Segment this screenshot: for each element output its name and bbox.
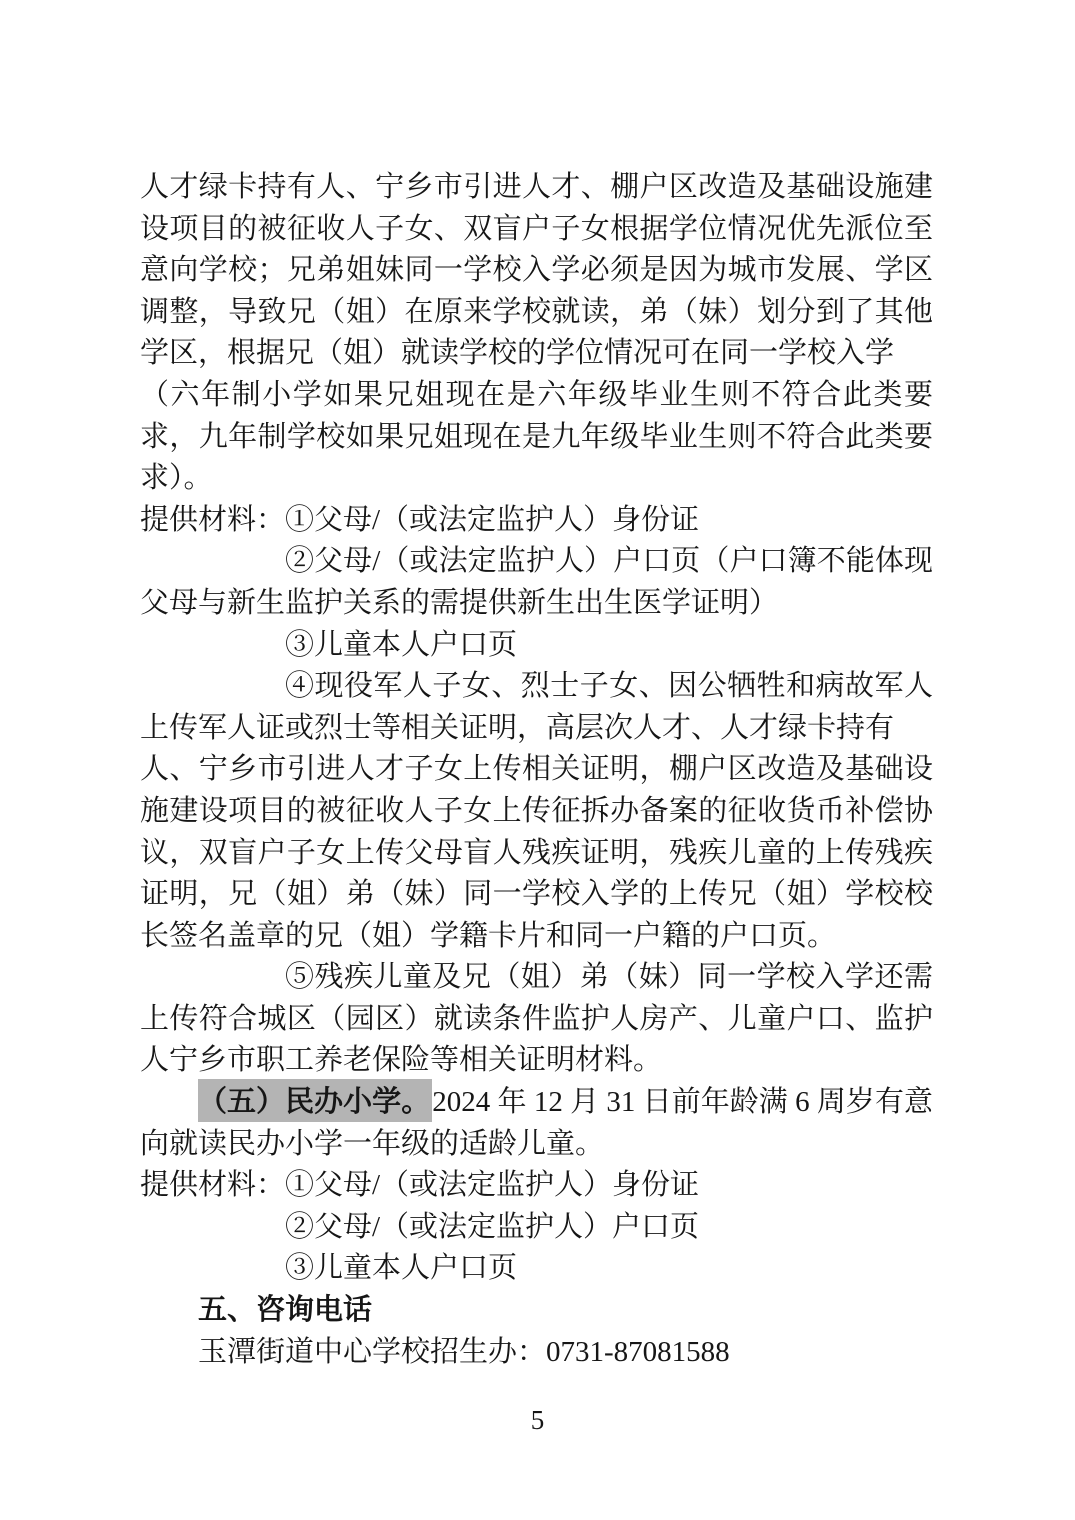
text-line: 证明，兄（姐）弟（妹）同一学校入学的上传兄（姐）学校校 [140,874,933,916]
materials-heading-line: 提供材料：①父母/（或法定监护人）身份证 [140,1165,933,1207]
text-line: 求）。 [140,458,933,500]
text-line: 人才绿卡持有人、宁乡市引进人才、棚户区改造及基础设施建 [140,167,933,209]
text-line: 调整，导致兄（姐）在原来学校就读，弟（妹）划分到了其他 [140,292,933,334]
materials-item-line: ②父母/（或法定监护人）户口页（户口簿不能体现 [140,541,933,583]
materials-item-line: ④现役军人子女、烈士子女、因公牺牲和病故军人 [140,666,933,708]
section-5-private-primary-line: （五）民办小学。2024 年 12 月 31 日前年龄满 6 周岁有意 [140,1082,933,1124]
text-line: 长签名盖章的兄（姐）学籍卡片和同一户籍的户口页。 [140,916,933,958]
text-line: 上传符合城区（园区）就读条件监护人房产、儿童户口、监护 [140,999,933,1041]
text-line: 父母与新生监护关系的需提供新生出生医学证明） [140,583,933,625]
document-body: 人才绿卡持有人、宁乡市引进人才、棚户区改造及基础设施建 设项目的被征收人子女、双… [140,167,933,1373]
text-line: （六年制小学如果兄姐现在是六年级毕业生则不符合此类要 [140,375,933,417]
section-heading-consult-phone: 五、咨询电话 [140,1290,933,1332]
section-5-heading-rest: 2024 年 12 月 31 日前年龄满 6 周岁有意 [432,1086,933,1118]
text-line: 人、宁乡市引进人才子女上传相关证明，棚户区改造及基础设 [140,749,933,791]
text-line: 学区，根据兄（姐）就读学校的学位情况可在同一学校入学 [140,333,933,375]
materials-heading-line: 提供材料：①父母/（或法定监护人）身份证 [140,500,933,542]
text-line: 人宁乡市职工养老保险等相关证明材料。 [140,1040,933,1082]
materials-item-line: ⑤残疾儿童及兄（姐）弟（妹）同一学校入学还需 [140,957,933,999]
text-line: 议，双盲户子女上传父母盲人残疾证明，残疾儿童的上传残疾 [140,833,933,875]
phone-number-line: 玉潭街道中心学校招生办：0731-87081588 [140,1332,933,1374]
materials-item-line: ②父母/（或法定监护人）户口页 [140,1207,933,1249]
text-line: 意向学校；兄弟姐妹同一学校入学必须是因为城市发展、学区 [140,250,933,292]
materials-item-line: ③儿童本人户口页 [140,1248,933,1290]
section-5-highlighted-heading: （五）民办小学。 [198,1079,432,1122]
document-page: 人才绿卡持有人、宁乡市引进人才、棚户区改造及基础设施建 设项目的被征收人子女、双… [0,0,1075,1520]
text-line: 施建设项目的被征收人子女上传征拆办备案的征收货币补偿协 [140,791,933,833]
page-number: 5 [0,1404,1075,1436]
text-line: 上传军人证或烈士等相关证明，高层次人才、人才绿卡持有 [140,708,933,750]
materials-item-line: ③儿童本人户口页 [140,625,933,667]
text-line: 设项目的被征收人子女、双盲户子女根据学位情况优先派位至 [140,209,933,251]
text-line: 向就读民办小学一年级的适龄儿童。 [140,1124,933,1166]
text-line: 求，九年制学校如果兄姐现在是九年级毕业生则不符合此类要 [140,417,933,459]
